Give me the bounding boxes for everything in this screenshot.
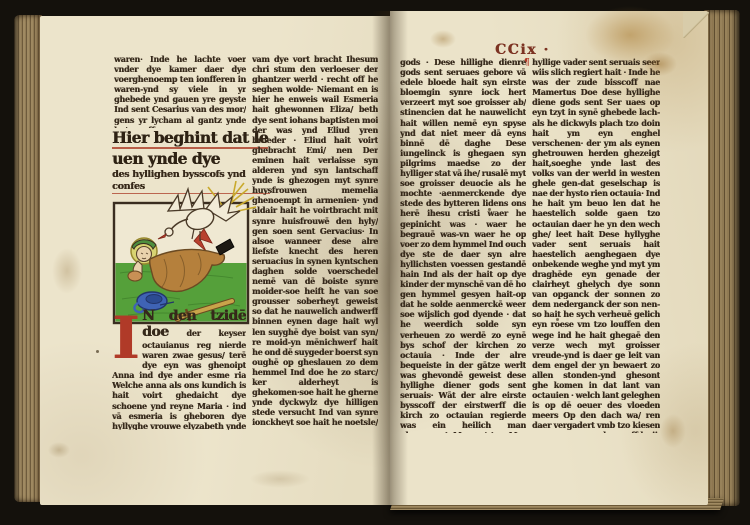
rubricated-initial: I [112,310,138,370]
speck [488,208,491,211]
fore-edge-right [704,10,740,506]
speck [556,318,559,321]
left-col2-text: vam dye vort bracht Ihesum chri stum den… [252,54,378,426]
heading-line-2: uen ynde dye legend [112,149,270,170]
heading-line-1: Hier beghint dat le [112,128,268,149]
pouch [128,271,142,281]
chapter-heading: Hier beghint dat le uen ynde dye legend [112,128,270,170]
fore-edge-left [14,15,42,502]
left-col1-paragraph-top: waren· Inde he lachte voer vnder dye kam… [114,54,246,128]
left-col1-paragraph-initial: I N den tzidē doe der keyser octauianus … [112,308,246,430]
right-col2-text: hyllige vader sent seruais seer wiis sli… [532,57,660,433]
folio-number: CCix · [495,42,550,58]
paragraph-mark: ¶ [524,59,530,68]
page-corner-fold [683,12,709,38]
speck [96,350,99,353]
right-col1-text: gods · Dese hillighe dienre gods sent se… [400,57,526,433]
right-page: CCix · gods · Dese hillighe dienre gods … [390,11,708,505]
book-photo: waren· Inde he lachte voer vnder dye kam… [0,0,750,525]
left-page: waren· Inde he lachte voer vnder dye kam… [40,16,390,505]
